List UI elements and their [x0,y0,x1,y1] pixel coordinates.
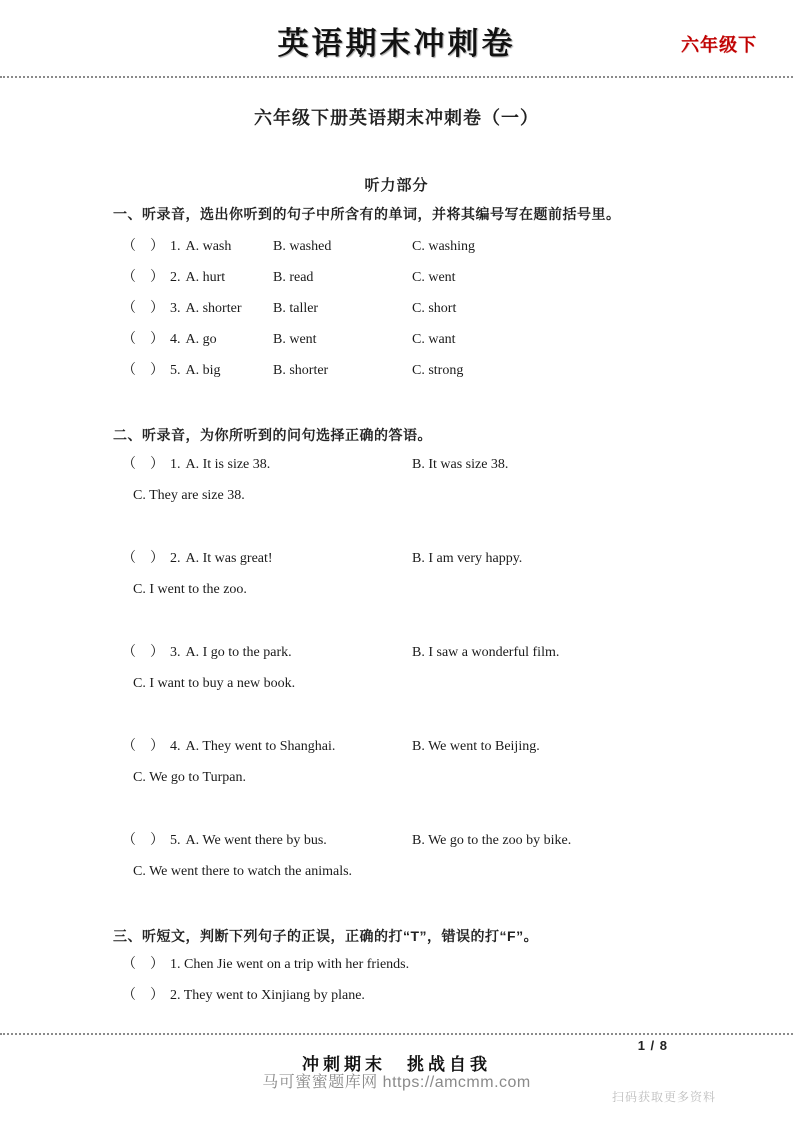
part1-question-row: （ ） 3.A. shorter B. taller C. short [113,301,763,316]
option-a-label: A. wash [186,239,232,254]
option-b: B. We go to the zoo by bike. [412,833,763,848]
answer-bracket: （ ） [113,270,170,285]
option-c: C. went [412,270,763,285]
answer-bracket: （ ） [113,833,170,848]
part3-statement-row: （ ） 2. They went to Xinjiang by plane. [113,988,763,1003]
part3-heading: 三、听短文，判断下列句子的正误，正确的打“T”，错误的打“F”。 [113,927,763,945]
option-b: B. It was size 38. [412,457,763,472]
option-b: B. We went to Beijing. [412,739,763,754]
option-a: 4.A. They went to Shanghai. [170,739,412,754]
top-dotted-divider [0,76,793,78]
part2-question-c-row: C. We go to Turpan. [113,770,763,785]
option-b: B. shorter [273,363,412,378]
option-c: C. want [412,332,763,347]
statement-text: 1. Chen Jie went on a trip with her frie… [170,957,763,972]
answer-bracket: （ ） [113,551,170,566]
option-a-label: A. shorter [186,301,242,316]
option-a: 4.A. go [170,332,273,347]
answer-bracket: （ ） [113,457,170,472]
answer-bracket: （ ） [113,739,170,754]
question-number: 2. [170,270,181,285]
option-a: 3.A. shorter [170,301,273,316]
option-a-label: A. We went there by bus. [186,833,327,848]
grade-badge: 六年级下 [681,31,757,57]
question-number: 1. [170,457,181,472]
part1-heading: 一、听录音，选出你听到的句子中所含有的单词，并将其编号写在题前括号里。 [113,205,763,223]
statement-text: 2. They went to Xinjiang by plane. [170,988,763,1003]
part2-question-ab-row: （ ） 1.A. It is size 38. B. It was size 3… [113,457,763,472]
answer-bracket: （ ） [113,957,170,972]
document-title: 六年级下册英语期末冲刺卷（一） [0,104,793,130]
option-a-label: A. It was great! [186,551,273,566]
question-number: 4. [170,332,181,347]
part2-question-ab-row: （ ） 5.A. We went there by bus. B. We go … [113,833,763,848]
option-a: 2.A. It was great! [170,551,412,566]
listening-section-title: 听力部分 [0,174,793,195]
part1-question-row: （ ） 4.A. go B. went C. want [113,332,763,347]
option-a: 1.A. wash [170,239,273,254]
part2-question-ab-row: （ ） 2.A. It was great! B. I am very happ… [113,551,763,566]
option-c: C. washing [412,239,763,254]
answer-bracket: （ ） [113,301,170,316]
exam-paper-page: 英语期末冲刺卷 六年级下 六年级下册英语期末冲刺卷（一） 听力部分 一、听录音，… [0,0,793,1122]
answer-bracket: （ ） [113,332,170,347]
option-b: B. read [273,270,412,285]
question-number: 5. [170,363,181,378]
option-b: B. I saw a wonderful film. [412,645,763,660]
option-a: 2.A. hurt [170,270,273,285]
answer-bracket: （ ） [113,988,170,1003]
option-a: 3.A. I go to the park. [170,645,412,660]
option-a: 1.A. It is size 38. [170,457,412,472]
answer-bracket: （ ） [113,239,170,254]
option-a: 5.A. We went there by bus. [170,833,412,848]
part2-question-c-row: C. I want to buy a new book. [113,676,763,691]
option-c: C. strong [412,363,763,378]
question-number: 3. [170,645,181,660]
scan-code-hint: 扫码获取更多资料 [612,1088,716,1105]
question-number: 2. [170,551,181,566]
option-a-label: A. I go to the park. [186,645,292,660]
option-a-label: A. They went to Shanghai. [186,739,336,754]
exam-content: 一、听录音，选出你听到的句子中所含有的单词，并将其编号写在题前括号里。 （ ） … [113,205,763,1003]
part1-question-row: （ ） 5.A. big B. shorter C. strong [113,363,763,378]
option-a-label: A. It is size 38. [186,457,271,472]
question-number: 1. [170,239,181,254]
part3-statement-row: （ ） 1. Chen Jie went on a trip with her … [113,957,763,972]
option-a: 5.A. big [170,363,273,378]
answer-bracket: （ ） [113,363,170,378]
part2-heading: 二、听录音，为你所听到的问句选择正确的答语。 [113,426,763,444]
bottom-dotted-divider [0,1033,793,1035]
paper-masthead-title: 英语期末冲刺卷 [0,18,793,63]
part2-question-c-row: C. We went there to watch the animals. [113,864,763,879]
part2-question-ab-row: （ ） 4.A. They went to Shanghai. B. We we… [113,739,763,754]
option-b: B. went [273,332,412,347]
part1-question-row: （ ） 2.A. hurt B. read C. went [113,270,763,285]
option-b: B. taller [273,301,412,316]
part1-question-row: （ ） 1.A. wash B. washed C. washing [113,239,763,254]
option-a-label: A. go [186,332,217,347]
question-number: 5. [170,833,181,848]
option-b: B. I am very happy. [412,551,763,566]
option-b: B. washed [273,239,412,254]
question-number: 4. [170,739,181,754]
option-a-label: A. hurt [186,270,226,285]
question-number: 3. [170,301,181,316]
part2-question-ab-row: （ ） 3.A. I go to the park. B. I saw a wo… [113,645,763,660]
option-c: C. short [412,301,763,316]
answer-bracket: （ ） [113,645,170,660]
part2-question-c-row: C. I went to the zoo. [113,582,763,597]
option-a-label: A. big [186,363,221,378]
part2-question-c-row: C. They are size 38. [113,488,763,503]
